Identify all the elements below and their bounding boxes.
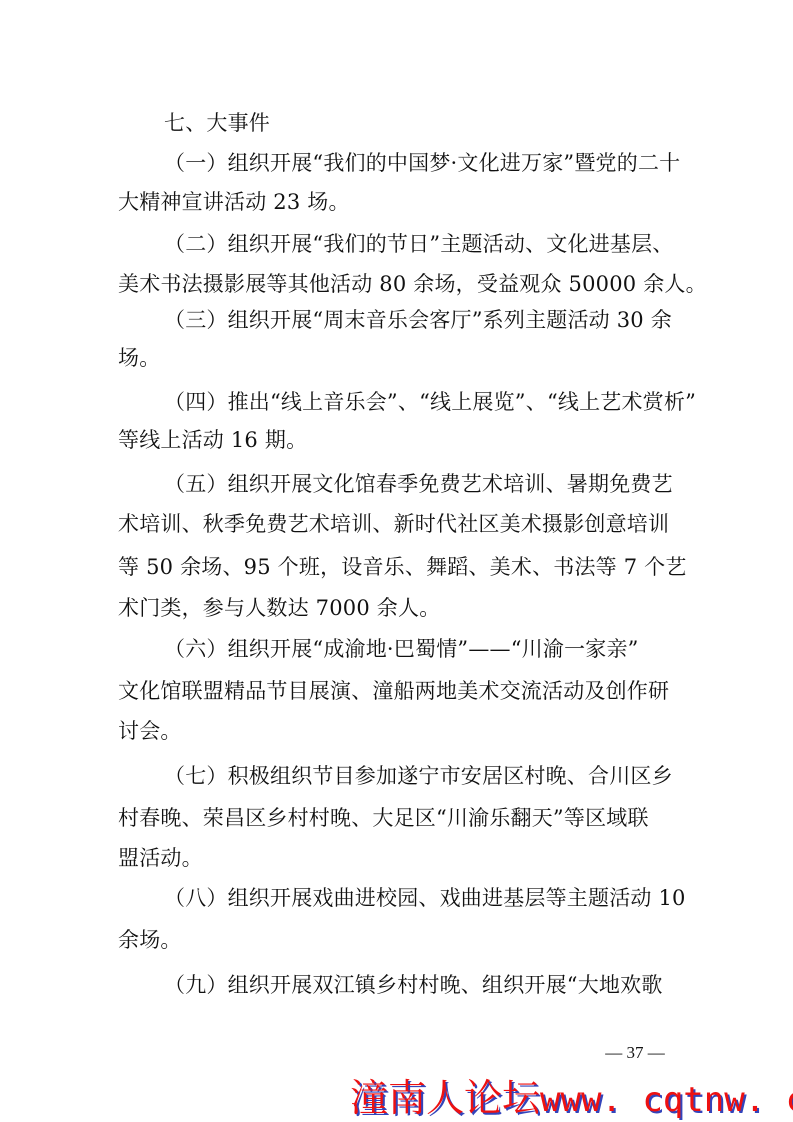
paragraph-line: （一）组织开展“我们的中国梦·文化进万家”暨党的二十 — [164, 151, 724, 175]
paragraph-line: （四）推出“线上音乐会”、“线上展览”、“线上艺术赏析” — [164, 390, 724, 414]
paragraph-line: （七）积极组织节目参加遂宁市安居区村晚、合川区乡 — [164, 764, 724, 788]
paragraph-line: （八）组织开展戏曲进校园、戏曲进基层等主题活动 10 — [164, 886, 724, 910]
paragraph-line: 等 50 余场、95 个班，设音乐、舞蹈、美术、书法等 7 个艺 — [118, 555, 678, 579]
section-heading: 七、大事件 — [164, 111, 724, 135]
page-number: — 37 — — [585, 1043, 685, 1063]
paragraph-line: 文化馆联盟精品节目展演、潼船两地美术交流活动及创作研 — [118, 679, 678, 703]
watermark-cn: 潼南人论坛 — [350, 1076, 540, 1120]
paragraph-line: （六）组织开展“成渝地·巴蜀情”——“川渝一家亲” — [164, 637, 724, 661]
paragraph-line: 余场。 — [118, 928, 678, 952]
document-page: 七、大事件 （一）组织开展“我们的中国梦·文化进万家”暨党的二十 大精神宣讲活动… — [0, 0, 793, 1122]
paragraph-line: （九）组织开展双江镇乡村村晚、组织开展“大地欢歌 — [164, 973, 724, 997]
watermark: 潼南人论坛www. cqtnw. cn — [350, 1076, 790, 1122]
paragraph-line: 讨会。 — [118, 719, 678, 743]
paragraph-line: 等线上活动 16 期。 — [118, 428, 678, 452]
watermark-url: www. cqtnw. cn — [540, 1080, 793, 1120]
paragraph-line: 术门类，参与人数达 7000 余人。 — [118, 596, 678, 620]
paragraph-line: 场。 — [118, 346, 678, 370]
paragraph-line: 大精神宣讲活动 23 场。 — [118, 190, 678, 214]
paragraph-line: （三）组织开展“周末音乐会客厅”系列主题活动 30 余 — [164, 308, 724, 332]
paragraph-line: 术培训、秋季免费艺术培训、新时代社区美术摄影创意培训 — [118, 512, 678, 536]
paragraph-line: 美术书法摄影展等其他活动 80 余场，受益观众 50000 余人。 — [118, 272, 678, 296]
paragraph-line: 村春晚、荣昌区乡村村晚、大足区“川渝乐翻天”等区域联 — [118, 806, 678, 830]
paragraph-line: （二）组织开展“我们的节日”主题活动、文化进基层、 — [164, 232, 724, 256]
paragraph-line: （五）组织开展文化馆春季免费艺术培训、暑期免费艺 — [164, 472, 724, 496]
paragraph-line: 盟活动。 — [118, 846, 678, 870]
